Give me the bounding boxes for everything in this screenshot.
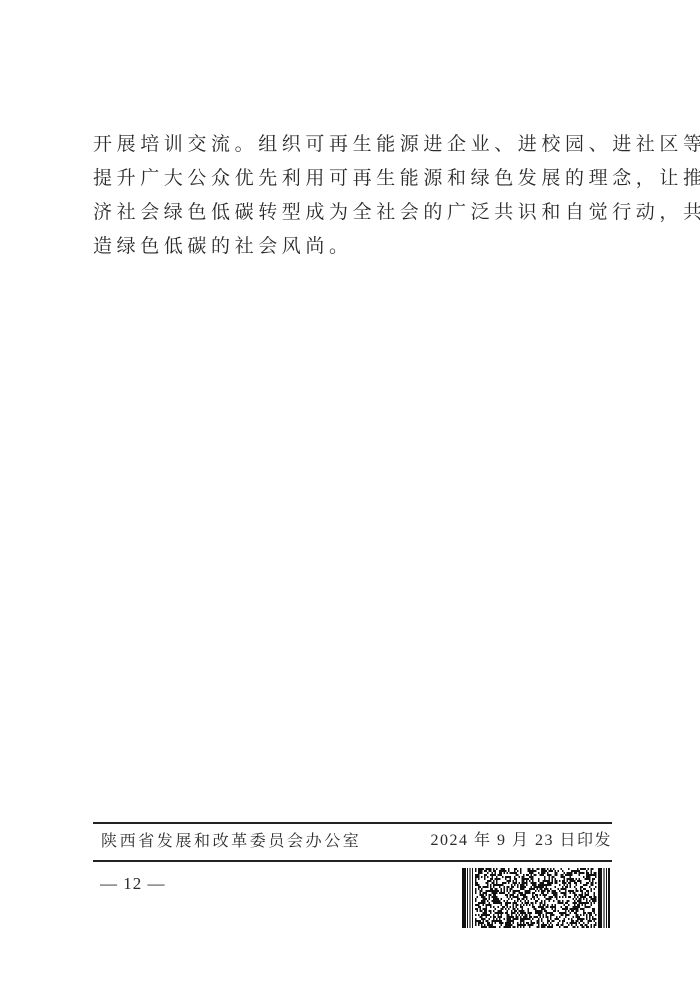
footer-top-rule bbox=[93, 822, 612, 824]
body-line: 提升广大公众优先利用可再生能源和绿色发展的理念，让推动经 bbox=[93, 161, 613, 195]
pdf417-barcode-icon bbox=[462, 868, 612, 928]
page-number: — 12 — bbox=[100, 872, 166, 896]
body-line: 开展培训交流。组织可再生能源进企业、进校园、进社区等活动， bbox=[93, 127, 613, 161]
issue-date: 2024 年 9 月 23 日印发 bbox=[430, 829, 612, 853]
issuer-label: 陕西省发展和改革委员会办公室 bbox=[101, 829, 361, 853]
body-text: 开展培训交流。组织可再生能源进企业、进校园、进社区等活动， 提升广大公众优先利用… bbox=[93, 127, 613, 263]
footer-bottom-rule bbox=[93, 860, 612, 862]
body-line: 造绿色低碳的社会风尚。 bbox=[93, 229, 613, 263]
body-line: 济社会绿色低碳转型成为全社会的广泛共识和自觉行动，共同营 bbox=[93, 195, 613, 229]
